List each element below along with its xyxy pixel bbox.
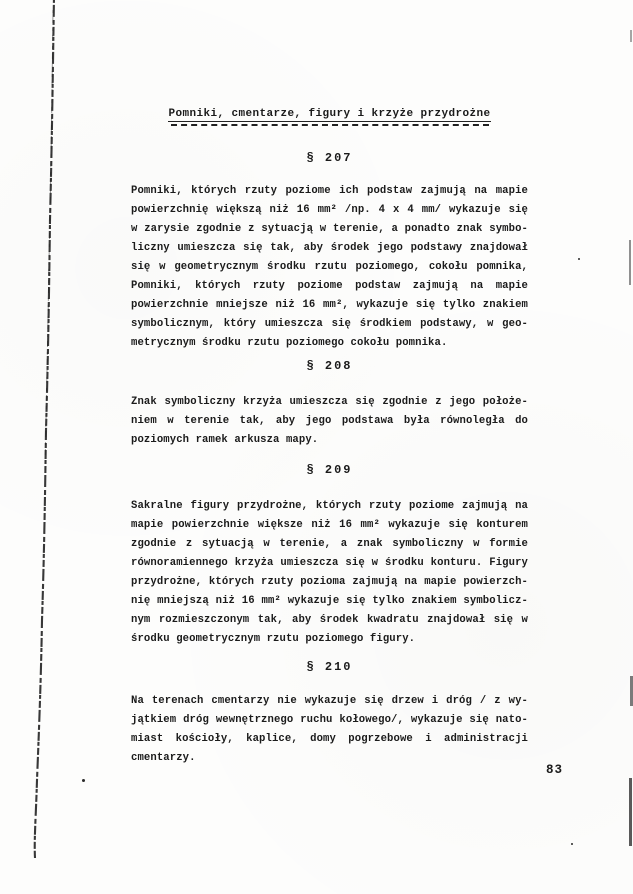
paragraph: Na terenach cmentarzy nie wykazuje się d… bbox=[131, 692, 528, 768]
text-line: powierzchnie mniejsze niż 16 mm², wykazu… bbox=[131, 296, 528, 315]
binding-edge-line bbox=[0, 0, 80, 894]
title-underline bbox=[171, 124, 489, 126]
text-line: miast kościoły, kaplice, domy pogrzebowe… bbox=[131, 730, 528, 749]
scan-speck bbox=[82, 779, 85, 782]
text-line: Na terenach cmentarzy nie wykazuje się d… bbox=[131, 692, 528, 711]
text-line: metrycznym środku rzutu poziomego cokołu… bbox=[131, 334, 528, 353]
scan-edge-artifact bbox=[629, 778, 632, 846]
section-heading: § 207 bbox=[131, 151, 528, 166]
text-line: mapie powierzchnie większe niż 16 mm² wy… bbox=[131, 516, 528, 535]
scan-edge-artifact bbox=[629, 240, 631, 285]
section-heading: § 209 bbox=[131, 463, 528, 478]
text-line: jątkiem dróg wewnętrznego ruchu kołowego… bbox=[131, 711, 528, 730]
document-section: § 207 Pomniki, których rzuty poziome ich… bbox=[131, 151, 528, 353]
text-line: Pomniki, których rzuty poziome podstaw z… bbox=[131, 277, 528, 296]
text-line: środku geometrycznym rzutu poziomego fig… bbox=[131, 630, 528, 649]
text-line: cmentarzy. bbox=[131, 749, 528, 768]
text-line: Sakralne figury przydrożne, których rzut… bbox=[131, 497, 528, 516]
document-section: § 210 Na terenach cmentarzy nie wykazuje… bbox=[131, 660, 528, 768]
text-column: Pomniki, cmentarze, figury i krzyże przy… bbox=[131, 100, 528, 768]
document-section: § 208 Znak symboliczny krzyża umieszcza … bbox=[131, 359, 528, 450]
document-section: § 209 Sakralne figury przydrożne, któryc… bbox=[131, 463, 528, 649]
text-line: nię mniejszą niż 16 mm² wykazuje się tyl… bbox=[131, 592, 528, 611]
text-line: Pomniki, których rzuty poziome ich podst… bbox=[131, 182, 528, 201]
text-line: nym rozmieszczonym tak, aby środek kwadr… bbox=[131, 611, 528, 630]
paragraph: Pomniki, których rzuty poziome ich podst… bbox=[131, 182, 528, 353]
section-heading: § 208 bbox=[131, 359, 528, 374]
scan-speck bbox=[571, 843, 573, 845]
section-heading: § 210 bbox=[131, 660, 528, 675]
scan-speck bbox=[578, 258, 580, 260]
text-line: równoramiennego krzyża umieszcza się w ś… bbox=[131, 554, 528, 573]
text-line: Znak symboliczny krzyża umieszcza się zg… bbox=[131, 393, 528, 412]
text-line: niem w terenie tak, aby jego podstawa by… bbox=[131, 412, 528, 431]
text-line: liczny umieszcza się tak, aby środek jeg… bbox=[131, 239, 528, 258]
title-block: Pomniki, cmentarze, figury i krzyże przy… bbox=[131, 103, 528, 126]
text-line: powierzchnię większą niż 16 mm² /np. 4 x… bbox=[131, 201, 528, 220]
document-title: Pomniki, cmentarze, figury i krzyże przy… bbox=[168, 108, 490, 122]
text-line: poziomych ramek arkusza mapy. bbox=[131, 431, 528, 450]
scan-edge-artifact bbox=[630, 30, 632, 42]
scanned-page: { "page": { "title": "Pomniki, cmentarze… bbox=[0, 0, 633, 894]
paragraph: Znak symboliczny krzyża umieszcza się zg… bbox=[131, 393, 528, 450]
text-line: zgodnie z sytuacją w terenie, a znak sym… bbox=[131, 535, 528, 554]
text-line: przydrożne, których rzuty pozioma zajmuj… bbox=[131, 573, 528, 592]
page-number: 83 bbox=[546, 763, 563, 777]
text-line: w zarysie zgodnie z sytuacją w terenie, … bbox=[131, 220, 528, 239]
paragraph: Sakralne figury przydrożne, których rzut… bbox=[131, 497, 528, 649]
sections-container: § 207 Pomniki, których rzuty poziome ich… bbox=[131, 151, 528, 768]
text-line: symbolicznym, który umieszcza się środki… bbox=[131, 315, 528, 334]
text-line: się w geometrycznym środku rzutu poziome… bbox=[131, 258, 528, 277]
